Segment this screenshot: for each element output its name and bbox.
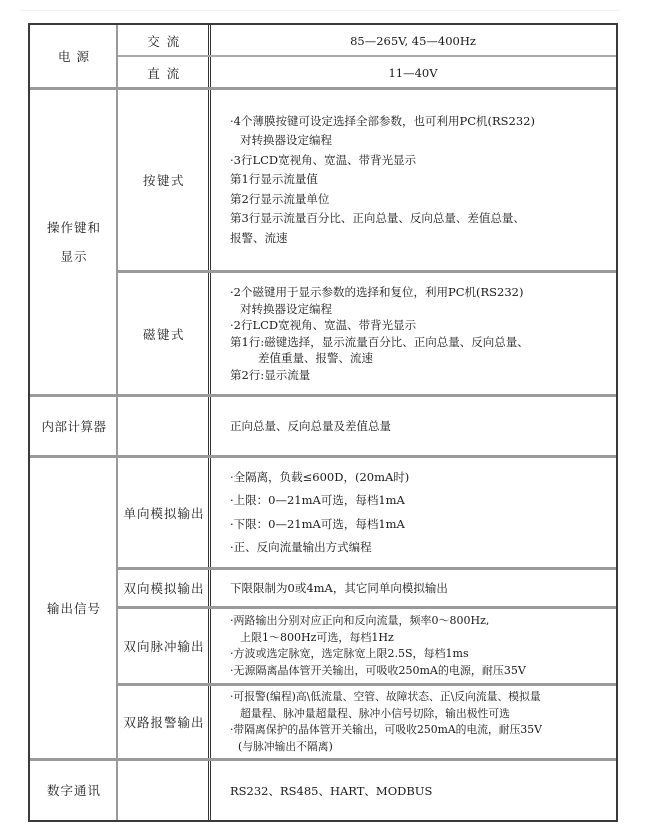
desc-line: 第1行显示流量值 — [230, 170, 535, 190]
magnetic-type-label: 磁键式 — [143, 325, 185, 343]
keys-display-label-line2: 显示 — [60, 242, 87, 271]
desc-line: ·正、反向流量输出方式编程 — [230, 536, 409, 560]
keys-display-label-line1: 操作键和 — [47, 213, 101, 242]
digital-comm-label: 数字通讯 — [47, 776, 101, 805]
internal-calculator-sub-cell — [118, 397, 210, 455]
spec-table: 电 源 交 流 85—265V, 45—400Hz 直 流 11—40V 操作键… — [28, 23, 618, 822]
dc-label: 直 流 — [147, 64, 180, 82]
desc-line: 第2行显示流量单位 — [230, 190, 535, 210]
desc-line: 第2行:显示流量 — [230, 367, 529, 384]
row-label-power: 电 源 — [30, 25, 118, 88]
button-type-label: 按键式 — [143, 171, 185, 189]
desc-line: ·全隔离，负载≤600D，(20mA时) — [230, 466, 409, 490]
sub-label-bidirectional-pulse: 双向脉冲输出 — [118, 609, 210, 683]
dc-value: 11—40V — [388, 66, 437, 80]
desc-line: 上限1～800Hz可选，每档1Hz — [230, 630, 526, 647]
dual-alarm-label: 双路报警输出 — [123, 713, 204, 731]
bidirectional-analog-label: 双向模拟输出 — [123, 579, 204, 597]
dual-alarm-desc-cell: ·可报警(编程)高\低流量、空管、故障状态、正\反向流量、模拟量 超量程、脉冲量… — [210, 686, 616, 758]
desc-line: 超量程、脉冲量超量程、脉冲小信号切除，输出极性可选 — [230, 706, 542, 723]
ac-value-cell: 85—265V, 45—400Hz — [210, 25, 616, 56]
digital-comm-value-cell: RS232、RS485、HART、MODBUS — [210, 761, 616, 820]
unidirectional-analog-label: 单向模拟输出 — [123, 504, 204, 522]
button-type-desc-cell: ·4个薄膜按键可设定选择全部参数，也可利用PC机(RS232) 对转换器设定编程… — [210, 90, 616, 270]
sub-label-dc: 直 流 — [118, 57, 210, 88]
desc-line: ·方波或选定脉宽，选定脉宽上限2.5S，每档1ms — [230, 646, 526, 663]
row-label-internal-calculator: 内部计算器 — [30, 397, 118, 455]
desc-line: ·上限：0—21mA可选，每档1mA — [230, 489, 409, 513]
sub-label-dual-alarm: 双路报警输出 — [118, 686, 210, 758]
bidirectional-pulse-label: 双向脉冲输出 — [123, 637, 204, 655]
desc-line: ·2行LCD宽视角、宽温、带背光显示 — [230, 317, 529, 334]
desc-line: ·4个薄膜按键可设定选择全部参数，也可利用PC机(RS232) — [230, 112, 535, 132]
digital-comm-value: RS232、RS485、HART、MODBUS — [230, 783, 432, 799]
desc-line: ·下限：0—21mA可选，每档1mA — [230, 513, 409, 537]
internal-calculator-value: 正向总量、反向总量及差值总量 — [230, 418, 391, 434]
bidirectional-analog-desc-cell: 下限限制为0或4mA，其它同单向模拟输出 — [210, 570, 616, 606]
row-label-output-signal: 输出信号 — [30, 458, 118, 758]
row-label-digital-comm: 数字通讯 — [30, 761, 118, 820]
button-type-desc: ·4个薄膜按键可设定选择全部参数，也可利用PC机(RS232) 对转换器设定编程… — [230, 112, 535, 249]
desc-line: ·3行LCD宽视角、宽温、带背光显示 — [230, 151, 535, 171]
internal-calculator-label: 内部计算器 — [41, 412, 106, 441]
desc-line: 对转换器设定编程 — [230, 131, 535, 151]
dc-value-cell: 11—40V — [210, 57, 616, 88]
magnetic-type-desc: ·2个磁键用于显示参数的选择和复位，利用PC机(RS232) 对转换器设定编程 … — [230, 284, 529, 383]
digital-comm-sub-cell — [118, 761, 210, 820]
sub-label-ac: 交 流 — [118, 25, 210, 56]
desc-line: 对转换器设定编程 — [230, 301, 529, 318]
output-signal-label: 输出信号 — [47, 594, 101, 623]
sub-label-unidirectional-analog: 单向模拟输出 — [118, 458, 210, 567]
bidirectional-analog-value: 下限限制为0或4mA，其它同单向模拟输出 — [230, 580, 448, 596]
sub-label-button-type: 按键式 — [118, 90, 210, 270]
ac-value: 85—265V, 45—400Hz — [350, 34, 476, 48]
internal-calculator-value-cell: 正向总量、反向总量及差值总量 — [210, 397, 616, 455]
desc-line: 报警、流速 — [230, 229, 535, 249]
desc-line: ·无源隔离晶体管开关输出，可吸收250mA的电源，耐压35V — [230, 663, 526, 680]
bidirectional-pulse-desc-cell: ·两路输出分别对应正向和反向流量，频率0～800Hz, 上限1～800Hz可选，… — [210, 609, 616, 683]
desc-line: 第3行显示流量百分比、正向总量、反向总量、差值总量、 — [230, 209, 535, 229]
ac-label: 交 流 — [147, 32, 180, 50]
desc-line: (与脉冲输出不隔离) — [230, 739, 542, 756]
unidirectional-analog-desc-cell: ·全隔离，负载≤600D，(20mA时) ·上限：0—21mA可选，每档1mA … — [210, 458, 616, 567]
magnetic-type-desc-cell: ·2个磁键用于显示参数的选择和复位，利用PC机(RS232) 对转换器设定编程 … — [210, 273, 616, 394]
desc-line: ·带隔离保护的晶体管开关输出，可吸收250mA的电流，耐压35V — [230, 722, 542, 739]
unidirectional-analog-desc: ·全隔离，负载≤600D，(20mA时) ·上限：0—21mA可选，每档1mA … — [230, 466, 409, 560]
desc-line: 差值重量、报警、流速 — [230, 350, 529, 367]
power-label: 电 源 — [58, 42, 90, 71]
top-faint-rule — [20, 10, 620, 11]
desc-line: ·两路输出分别对应正向和反向流量，频率0～800Hz, — [230, 613, 526, 630]
bidirectional-pulse-desc: ·两路输出分别对应正向和反向流量，频率0～800Hz, 上限1～800Hz可选，… — [230, 613, 526, 679]
desc-line: ·2个磁键用于显示参数的选择和复位，利用PC机(RS232) — [230, 284, 529, 301]
desc-line: ·可报警(编程)高\低流量、空管、故障状态、正\反向流量、模拟量 — [230, 689, 542, 706]
row-label-keys-display: 操作键和 显示 — [30, 90, 118, 394]
sub-label-bidirectional-analog: 双向模拟输出 — [118, 570, 210, 606]
desc-line: 第1行:磁键选择，显示流量百分比、正向总量、反向总量、 — [230, 334, 529, 351]
dual-alarm-desc: ·可报警(编程)高\低流量、空管、故障状态、正\反向流量、模拟量 超量程、脉冲量… — [230, 689, 542, 755]
sub-label-magnetic-type: 磁键式 — [118, 273, 210, 394]
